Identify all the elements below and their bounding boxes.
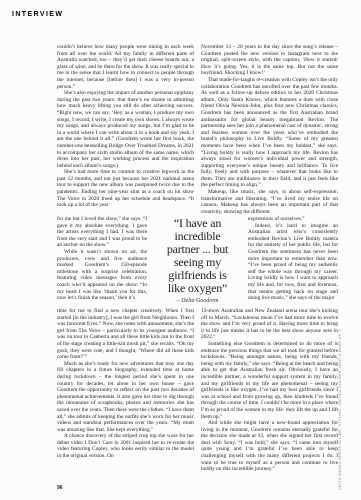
body-segment: time for me to find a new chapter creati… [57, 308, 194, 476]
body-segment: couldn’t believe how many people were tu… [57, 44, 194, 216]
body-paragraph: Indeed, it’s hard to imagine an Australi… [248, 223, 338, 302]
body-paragraph: for me but I loved the show,” she says. … [57, 216, 147, 249]
body-paragraph: time for me to find a new chapter creati… [57, 308, 194, 361]
column-right: November 13 – 20 years to the day since … [201, 44, 338, 476]
body-segment: for me but I loved the show,” she says. … [57, 216, 194, 308]
column-left: couldn’t believe how many people were tu… [57, 44, 194, 476]
body-paragraph: And while she might have a new-found app… [201, 420, 338, 473]
section-label: INTERVIEW [12, 11, 63, 18]
body-paragraph: That made-for-laughs re-creation with Co… [201, 77, 338, 189]
body-paragraph: November 13 – 20 years to the day since … [201, 44, 338, 77]
body-paragraph: Something else Goodrem is determined to … [201, 341, 338, 420]
body-segment: 13-show Australian and New Zealand arena… [201, 308, 338, 476]
photo-credit-vertical: DELTA WEARS DRESS IN LIME; STYLING, JACO… [338, 330, 342, 490]
body-paragraph: Much as she’s ready for new adventures t… [57, 361, 194, 434]
page-number: 96 [57, 485, 63, 491]
body-paragraph: Makeup, like music, she says, is about s… [201, 189, 338, 215]
body-paragraph: She’s had more time to commit to creativ… [57, 169, 194, 209]
body-paragraph: couldn’t believe how many people were tu… [57, 44, 194, 90]
body-paragraph: 13-show Australian and New Zealand arena… [201, 308, 338, 341]
magazine-page: INTERVIEW couldn’t believe how many peop… [0, 0, 361, 500]
body-paragraph: A chance discovery of the striped crop t… [57, 433, 194, 459]
body-paragraph: She’s also enjoying the impact of anothe… [57, 90, 194, 169]
body-segment: expressions of ourselves.”Indeed, it’s h… [201, 216, 338, 308]
body-paragraph: While it wasn’t shown on air, the produc… [57, 249, 147, 302]
body-paragraph: expressions of ourselves.” [248, 216, 338, 223]
article-body: couldn’t believe how many people were tu… [57, 44, 338, 476]
body-segment: November 13 – 20 years to the day since … [201, 44, 338, 216]
